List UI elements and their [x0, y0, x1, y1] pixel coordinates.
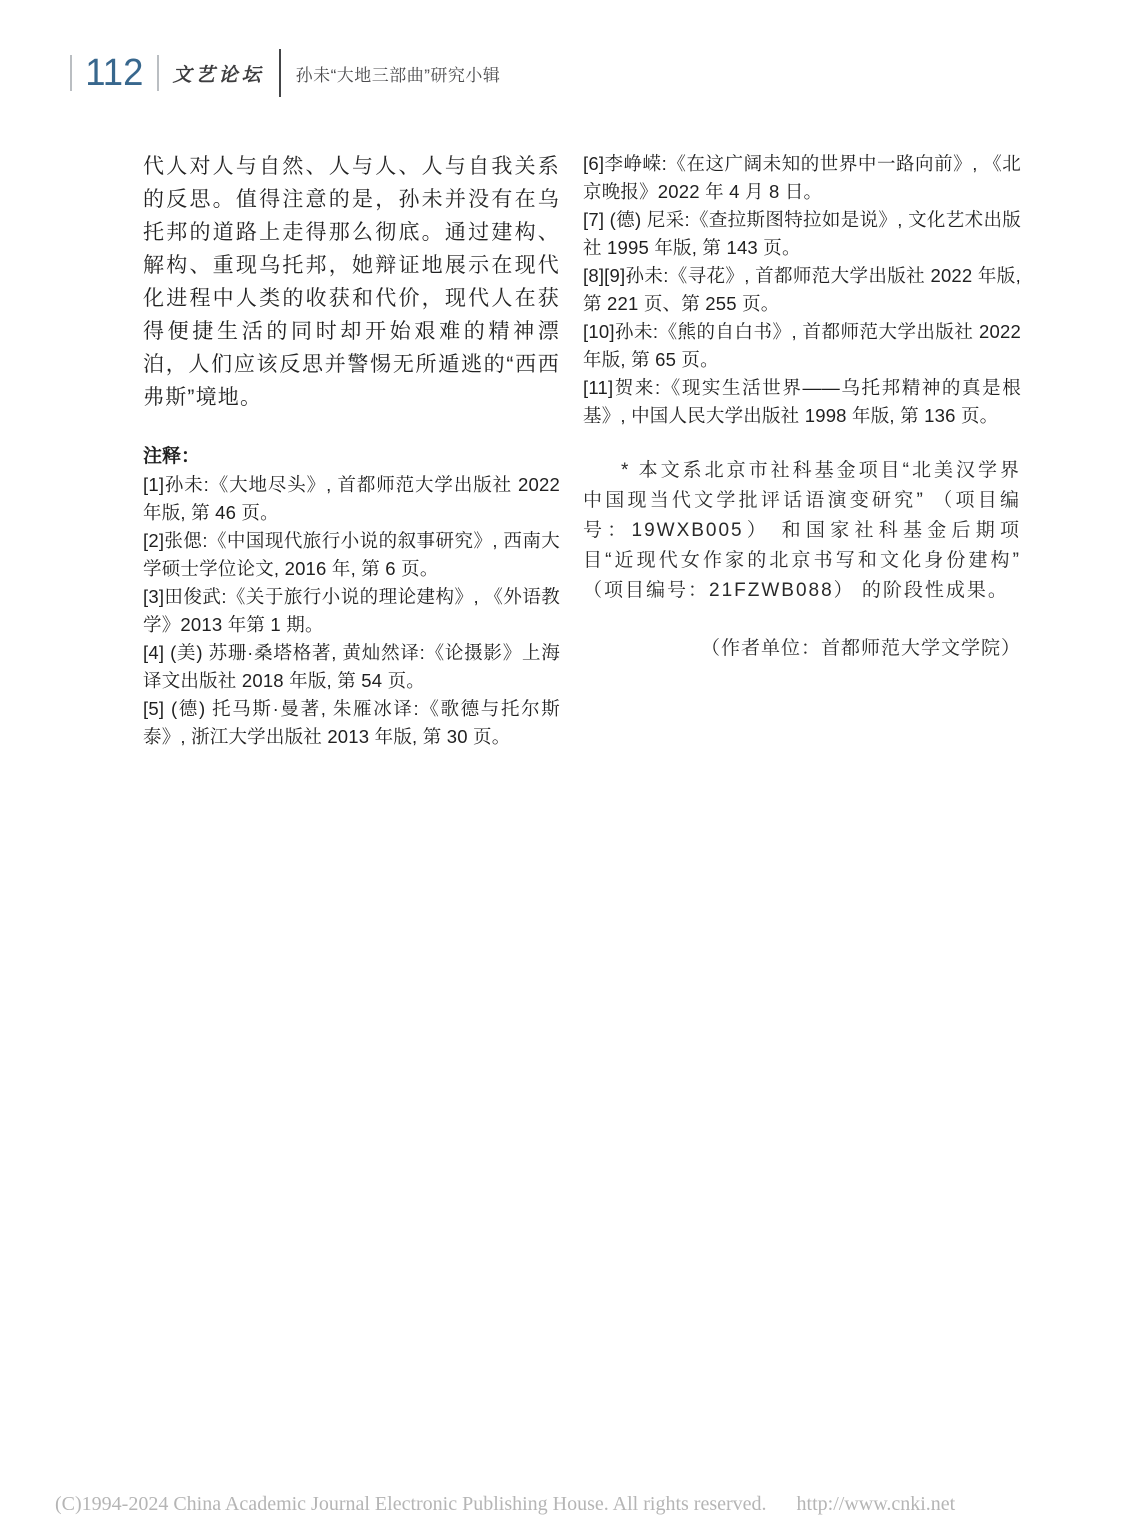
divider-bar: [70, 55, 72, 91]
page-number: 112: [85, 54, 143, 92]
notes-heading: 注释：: [143, 443, 560, 471]
section-title: 孙未“大地三部曲”研究小辑: [296, 61, 501, 86]
page-footer: (C)1994-2024 China Academic Journal Elec…: [55, 1493, 955, 1516]
author-affiliation: （作者单位：首都师范大学文学院）: [583, 633, 1021, 660]
content-columns: 代人对人与自然、人与人、人与自我关系的反思。值得注意的是，孙未并没有在乌托邦的道…: [143, 150, 1021, 751]
notes-list-right: [6]李峥嵘:《在这广阔未知的世界中一路向前》, 《北京晚报》2022 年 4 …: [583, 150, 1021, 430]
right-column: [6]李峥嵘:《在这广阔未知的世界中一路向前》, 《北京晚报》2022 年 4 …: [583, 150, 1021, 751]
note-item: [11]贺来:《现实生活世界——乌托邦精神的真是根基》, 中国人民大学出版社 1…: [583, 374, 1021, 430]
note-item: [1]孙未:《大地尽头》, 首都师范大学出版社 2022 年版, 第 46 页。: [143, 471, 560, 527]
divider-bar: [157, 55, 159, 91]
funding-note: * 本文系北京市社科基金项目“北美汉学界中国现当代文学批评话语演变研究” （项目…: [583, 456, 1021, 606]
note-item: [6]李峥嵘:《在这广阔未知的世界中一路向前》, 《北京晚报》2022 年 4 …: [583, 150, 1021, 206]
body-paragraph: 代人对人与自然、人与人、人与自我关系的反思。值得注意的是，孙未并没有在乌托邦的道…: [143, 150, 560, 414]
note-item: [4] (美) 苏珊·桑塔格著, 黄灿然译:《论摄影》上海译文出版社 2018 …: [143, 639, 560, 695]
divider-bar: [279, 49, 281, 97]
note-item: [8][9]孙未:《寻花》, 首都师范大学出版社 2022 年版, 第 221 …: [583, 262, 1021, 318]
journal-page: 112 文艺论坛 孙未“大地三部曲”研究小辑 代人对人与自然、人与人、人与自我关…: [0, 0, 1148, 1532]
note-item: [10]孙未:《熊的自白书》, 首都师范大学出版社 2022 年版, 第 65 …: [583, 318, 1021, 374]
cnki-url: http://www.cnki.net: [797, 1493, 956, 1516]
note-item: [3]田俊武:《关于旅行小说的理论建构》, 《外语教学》2013 年第 1 期。: [143, 583, 560, 639]
note-item: [5] (德) 托马斯·曼著, 朱雁冰译:《歌德与托尔斯泰》, 浙江大学出版社 …: [143, 695, 560, 751]
copyright-text: (C)1994-2024 China Academic Journal Elec…: [55, 1493, 767, 1516]
note-item: [2]张偲:《中国现代旅行小说的叙事研究》, 西南大学硕士学位论文, 2016 …: [143, 527, 560, 583]
journal-logo: 文艺论坛: [173, 60, 265, 87]
page-header: 112 文艺论坛 孙未“大地三部曲”研究小辑: [70, 48, 500, 98]
left-column: 代人对人与自然、人与人、人与自我关系的反思。值得注意的是，孙未并没有在乌托邦的道…: [143, 150, 560, 751]
notes-list-left: [1]孙未:《大地尽头》, 首都师范大学出版社 2022 年版, 第 46 页。…: [143, 471, 560, 751]
note-item: [7] (德) 尼采:《查拉斯图特拉如是说》, 文化艺术出版社 1995 年版,…: [583, 206, 1021, 262]
